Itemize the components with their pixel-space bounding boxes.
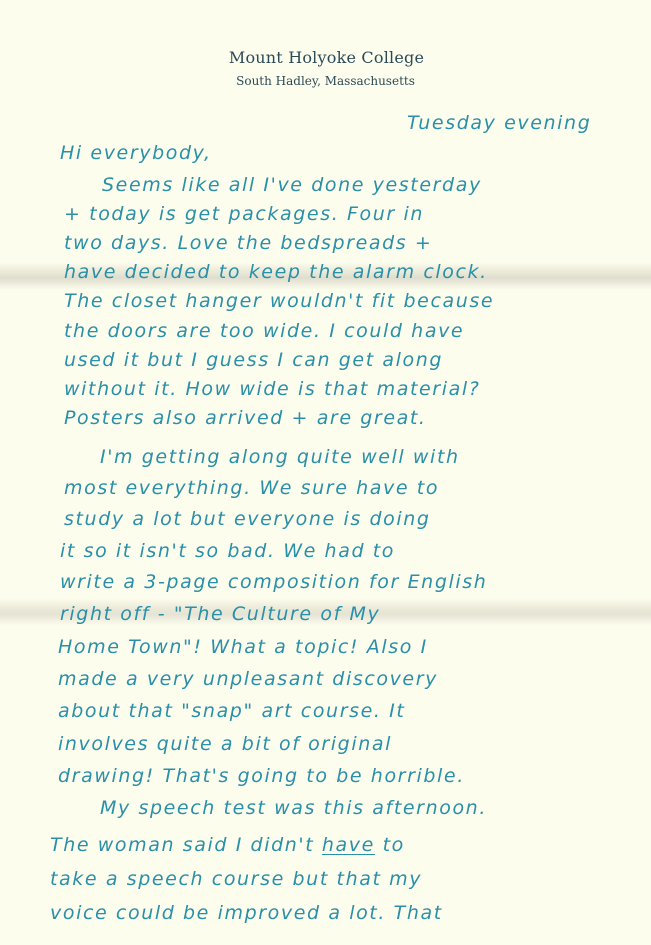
line-text: two days. Love the bedspreads +: [64, 232, 432, 254]
letter-line: take a speech course but that my: [50, 868, 422, 890]
letter-line: it so it isn't so bad. We had to: [60, 540, 395, 562]
line-text-tail: to: [375, 834, 405, 856]
line-text: right off - "The Culture of My: [60, 603, 380, 625]
line-text: voice could be improved a lot. That: [50, 902, 443, 924]
line-text: about that "snap" art course. It: [58, 700, 405, 722]
line-text: I'm getting along quite well with: [100, 446, 460, 468]
line-text: most everything. We sure have to: [64, 477, 439, 499]
line-text: + today is get packages. Four in: [64, 203, 424, 225]
line-text: write a 3-page composition for English: [60, 571, 487, 593]
line-text: without it. How wide is that material?: [64, 378, 480, 400]
letter-page: Mount Holyoke College South Hadley, Mass…: [0, 0, 651, 945]
letter-line: Home Town"! What a topic! Also I: [58, 636, 428, 658]
letter-line: the doors are too wide. I could have: [64, 320, 464, 342]
letter-line: study a lot but everyone is doing: [64, 508, 431, 530]
line-text: have decided to keep the alarm clock.: [64, 261, 488, 283]
letter-line: Seems like all I've done yesterday: [102, 174, 482, 196]
line-text: made a very unpleasant discovery: [58, 668, 438, 690]
letter-line: write a 3-page composition for English: [60, 571, 487, 593]
line-text: used it but I guess I can get along: [64, 349, 443, 371]
line-text: the doors are too wide. I could have: [64, 320, 464, 342]
letter-line: have decided to keep the alarm clock.: [64, 261, 488, 283]
letter-line: The closet hanger wouldn't fit because: [64, 290, 494, 312]
letter-date: Tuesday evening: [407, 112, 591, 134]
letter-line: used it but I guess I can get along: [64, 349, 443, 371]
line-text: Seems like all I've done yesterday: [102, 174, 482, 196]
line-text: Home Town"! What a topic! Also I: [58, 636, 428, 658]
letter-line: about that "snap" art course. It: [58, 700, 405, 722]
letter-line: made a very unpleasant discovery: [58, 668, 438, 690]
letter-line: voice could be improved a lot. That: [50, 902, 443, 924]
underlined-word: have: [322, 834, 375, 856]
letter-line: right off - "The Culture of My: [60, 603, 380, 625]
line-text: study a lot but everyone is doing: [64, 508, 431, 530]
college-location: South Hadley, Massachusetts: [0, 74, 651, 88]
letter-line: Posters also arrived + are great.: [64, 407, 427, 429]
line-text: The woman said I didn't: [50, 834, 314, 856]
letter-line: The woman said I didn't have to: [50, 834, 405, 856]
letter-line: drawing! That's going to be horrible.: [58, 765, 465, 787]
line-text: The closet hanger wouldn't fit because: [64, 290, 494, 312]
letter-line: I'm getting along quite well with: [100, 446, 460, 468]
letter-line: most everything. We sure have to: [64, 477, 439, 499]
line-text: it so it isn't so bad. We had to: [60, 540, 395, 562]
salutation: Hi everybody,: [60, 142, 212, 164]
line-text: involves quite a bit of original: [58, 733, 392, 755]
letter-line: without it. How wide is that material?: [64, 378, 480, 400]
letter-line: + today is get packages. Four in: [64, 203, 424, 225]
line-text: My speech test was this afternoon.: [100, 797, 487, 819]
line-text: drawing! That's going to be horrible.: [58, 765, 465, 787]
letter-line: two days. Love the bedspreads +: [64, 232, 432, 254]
letterhead: Mount Holyoke College South Hadley, Mass…: [0, 48, 651, 88]
letter-line: involves quite a bit of original: [58, 733, 392, 755]
line-text: Posters also arrived + are great.: [64, 407, 427, 429]
line-text: take a speech course but that my: [50, 868, 422, 890]
letter-line: My speech test was this afternoon.: [100, 797, 487, 819]
college-name: Mount Holyoke College: [2, 48, 651, 67]
